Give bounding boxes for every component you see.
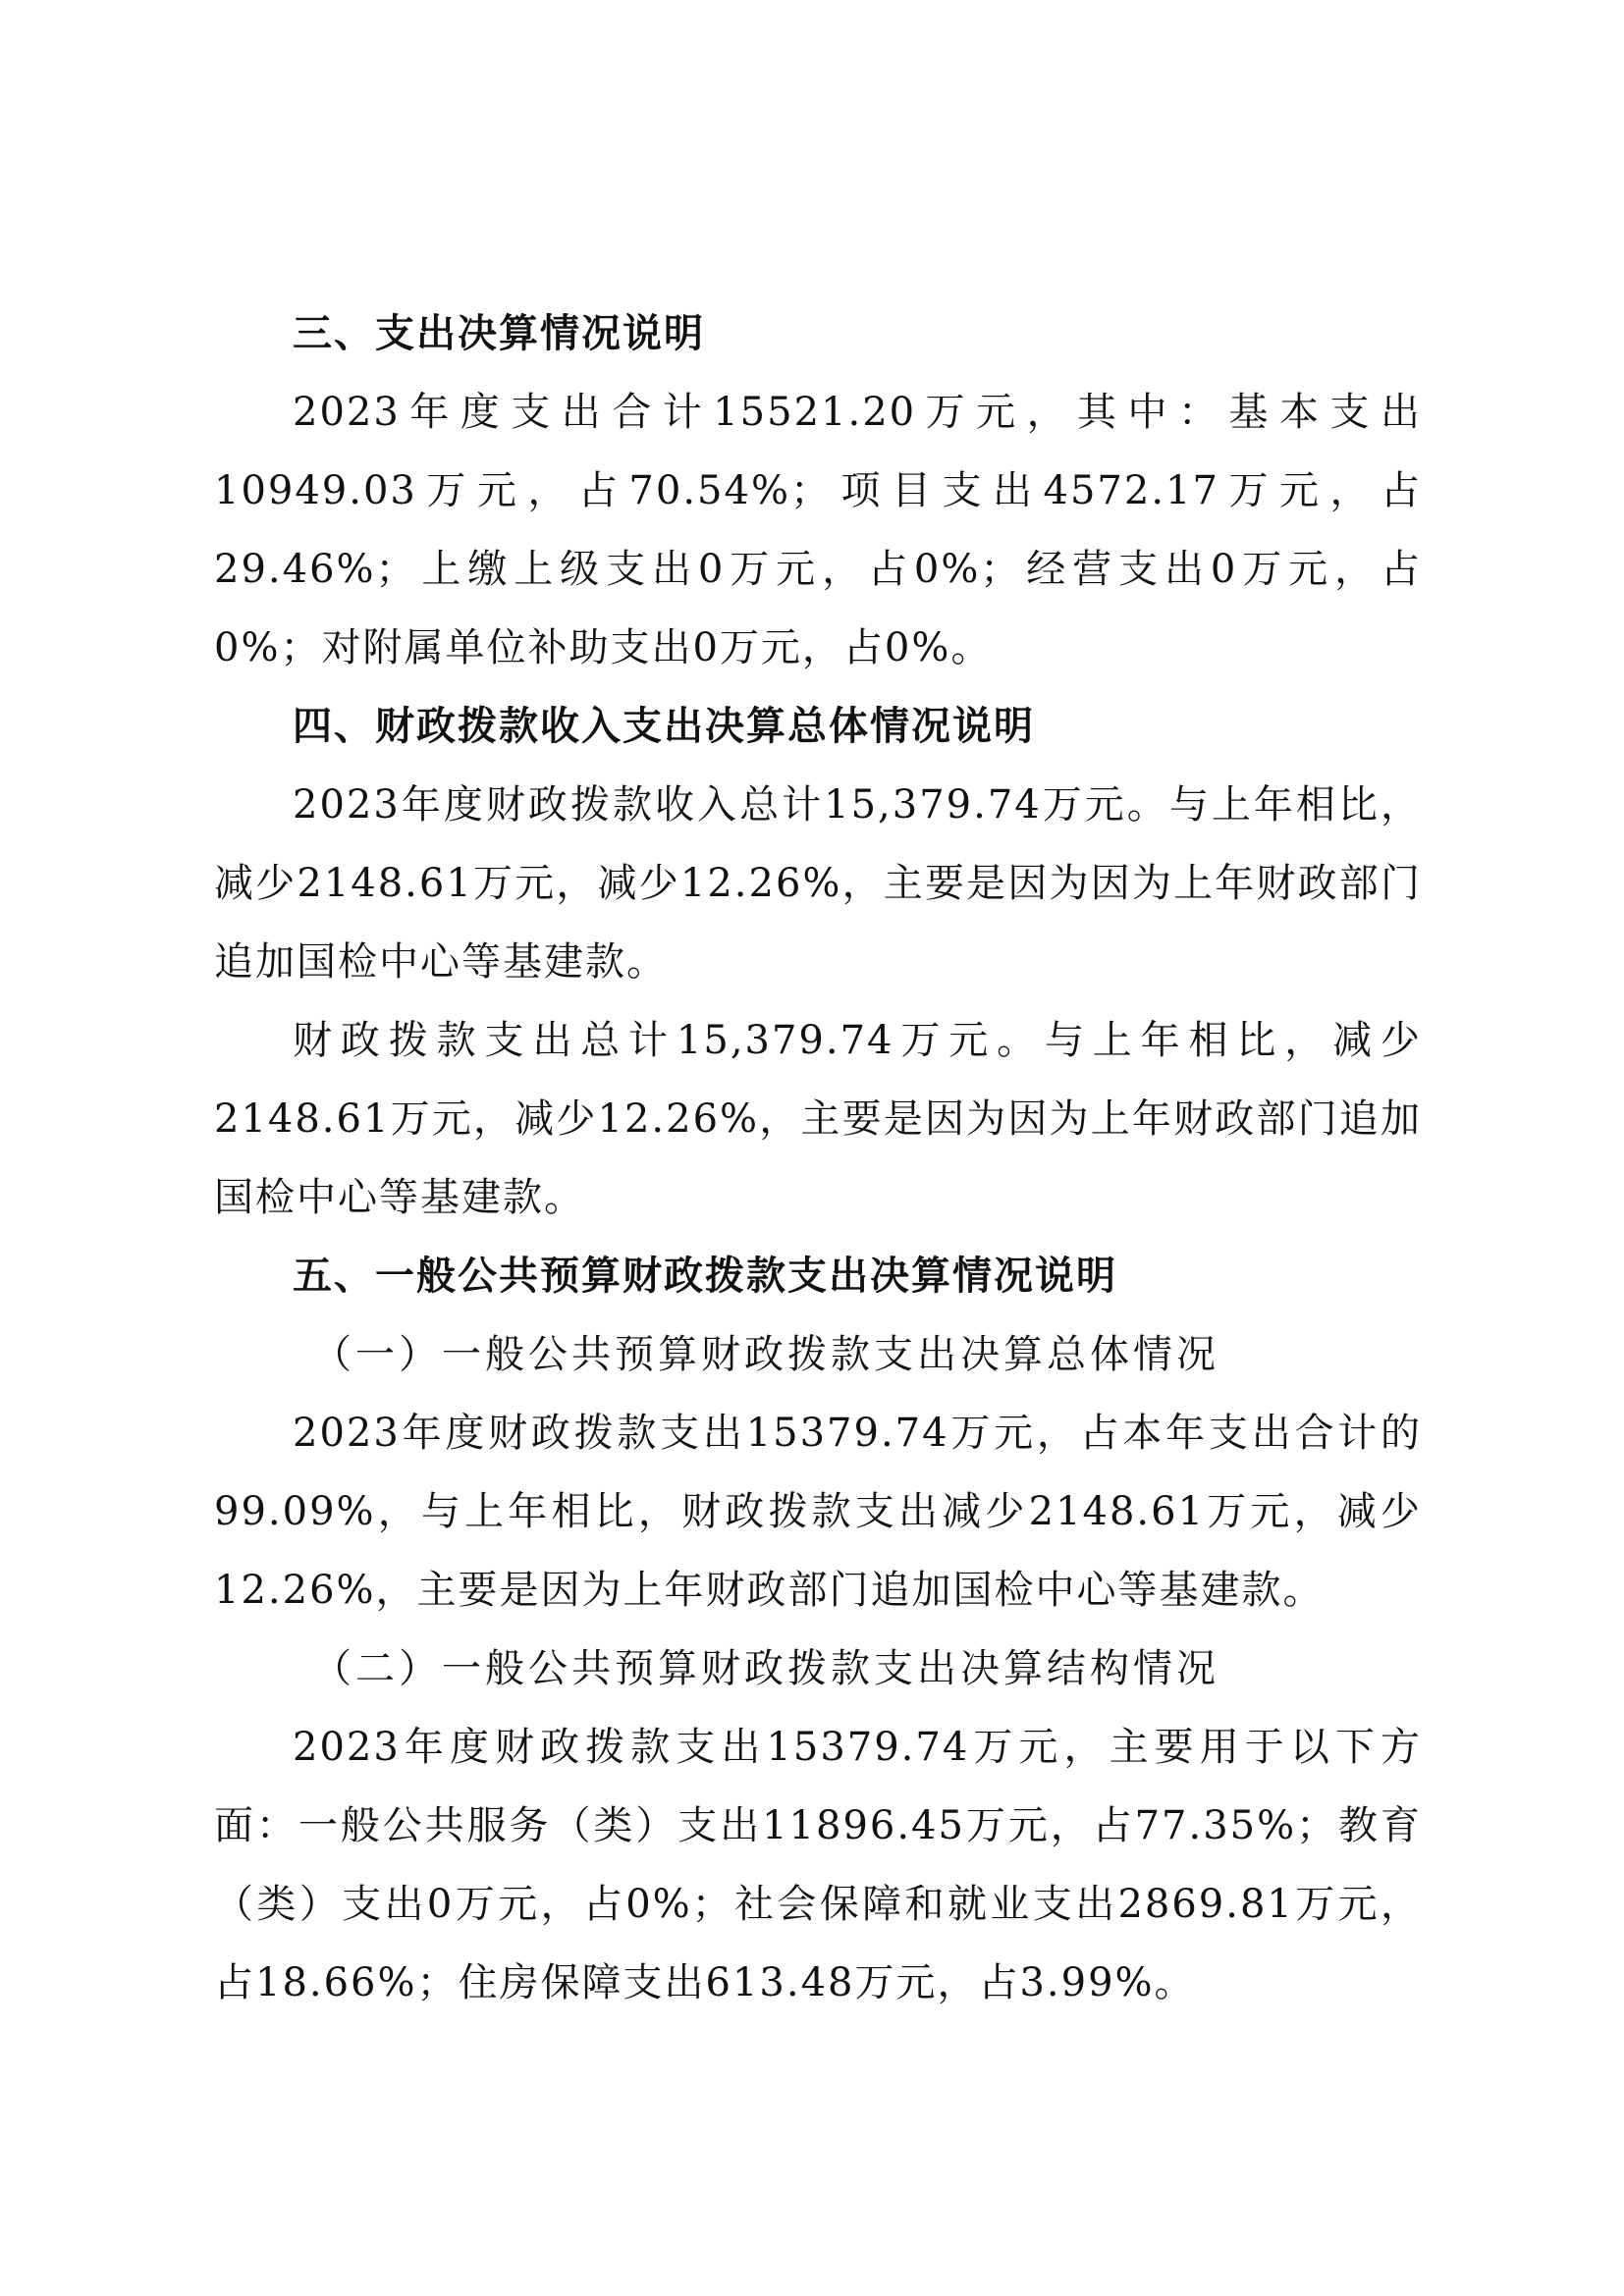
paragraph-appropriation-expenditure: 财政拨款支出总计15,379.74万元。与上年相比，减少2148.61万元，减少…	[214, 1001, 1422, 1237]
subsection-heading-overall: （一）一般公共预算财政拨款支出决算总体情况	[214, 1315, 1422, 1394]
paragraph-structure: 2023年度财政拨款支出15379.74万元，主要用于以下方面：一般公共服务（类…	[214, 1708, 1422, 2022]
section-heading-general-budget: 五、一般公共预算财政拨款支出决算情况说明	[214, 1237, 1422, 1315]
subsection-heading-structure: （二）一般公共预算财政拨款支出决算结构情况	[214, 1629, 1422, 1708]
paragraph-appropriation-income: 2023年度财政拨款收入总计15,379.74万元。与上年相比，减少2148.6…	[214, 766, 1422, 1001]
document-page: 三、支出决算情况说明 2023年度支出合计15521.20万元，其中：基本支出1…	[214, 294, 1422, 2022]
section-heading-fiscal-appropriation: 四、财政拨款收入支出决算总体情况说明	[214, 687, 1422, 766]
section-heading-expenditure: 三、支出决算情况说明	[214, 294, 1422, 373]
paragraph-expenditure-summary: 2023年度支出合计15521.20万元，其中：基本支出10949.03万元，占…	[214, 373, 1422, 687]
paragraph-overall: 2023年度财政拨款支出15379.74万元，占本年支出合计的99.09%，与上…	[214, 1394, 1422, 1629]
